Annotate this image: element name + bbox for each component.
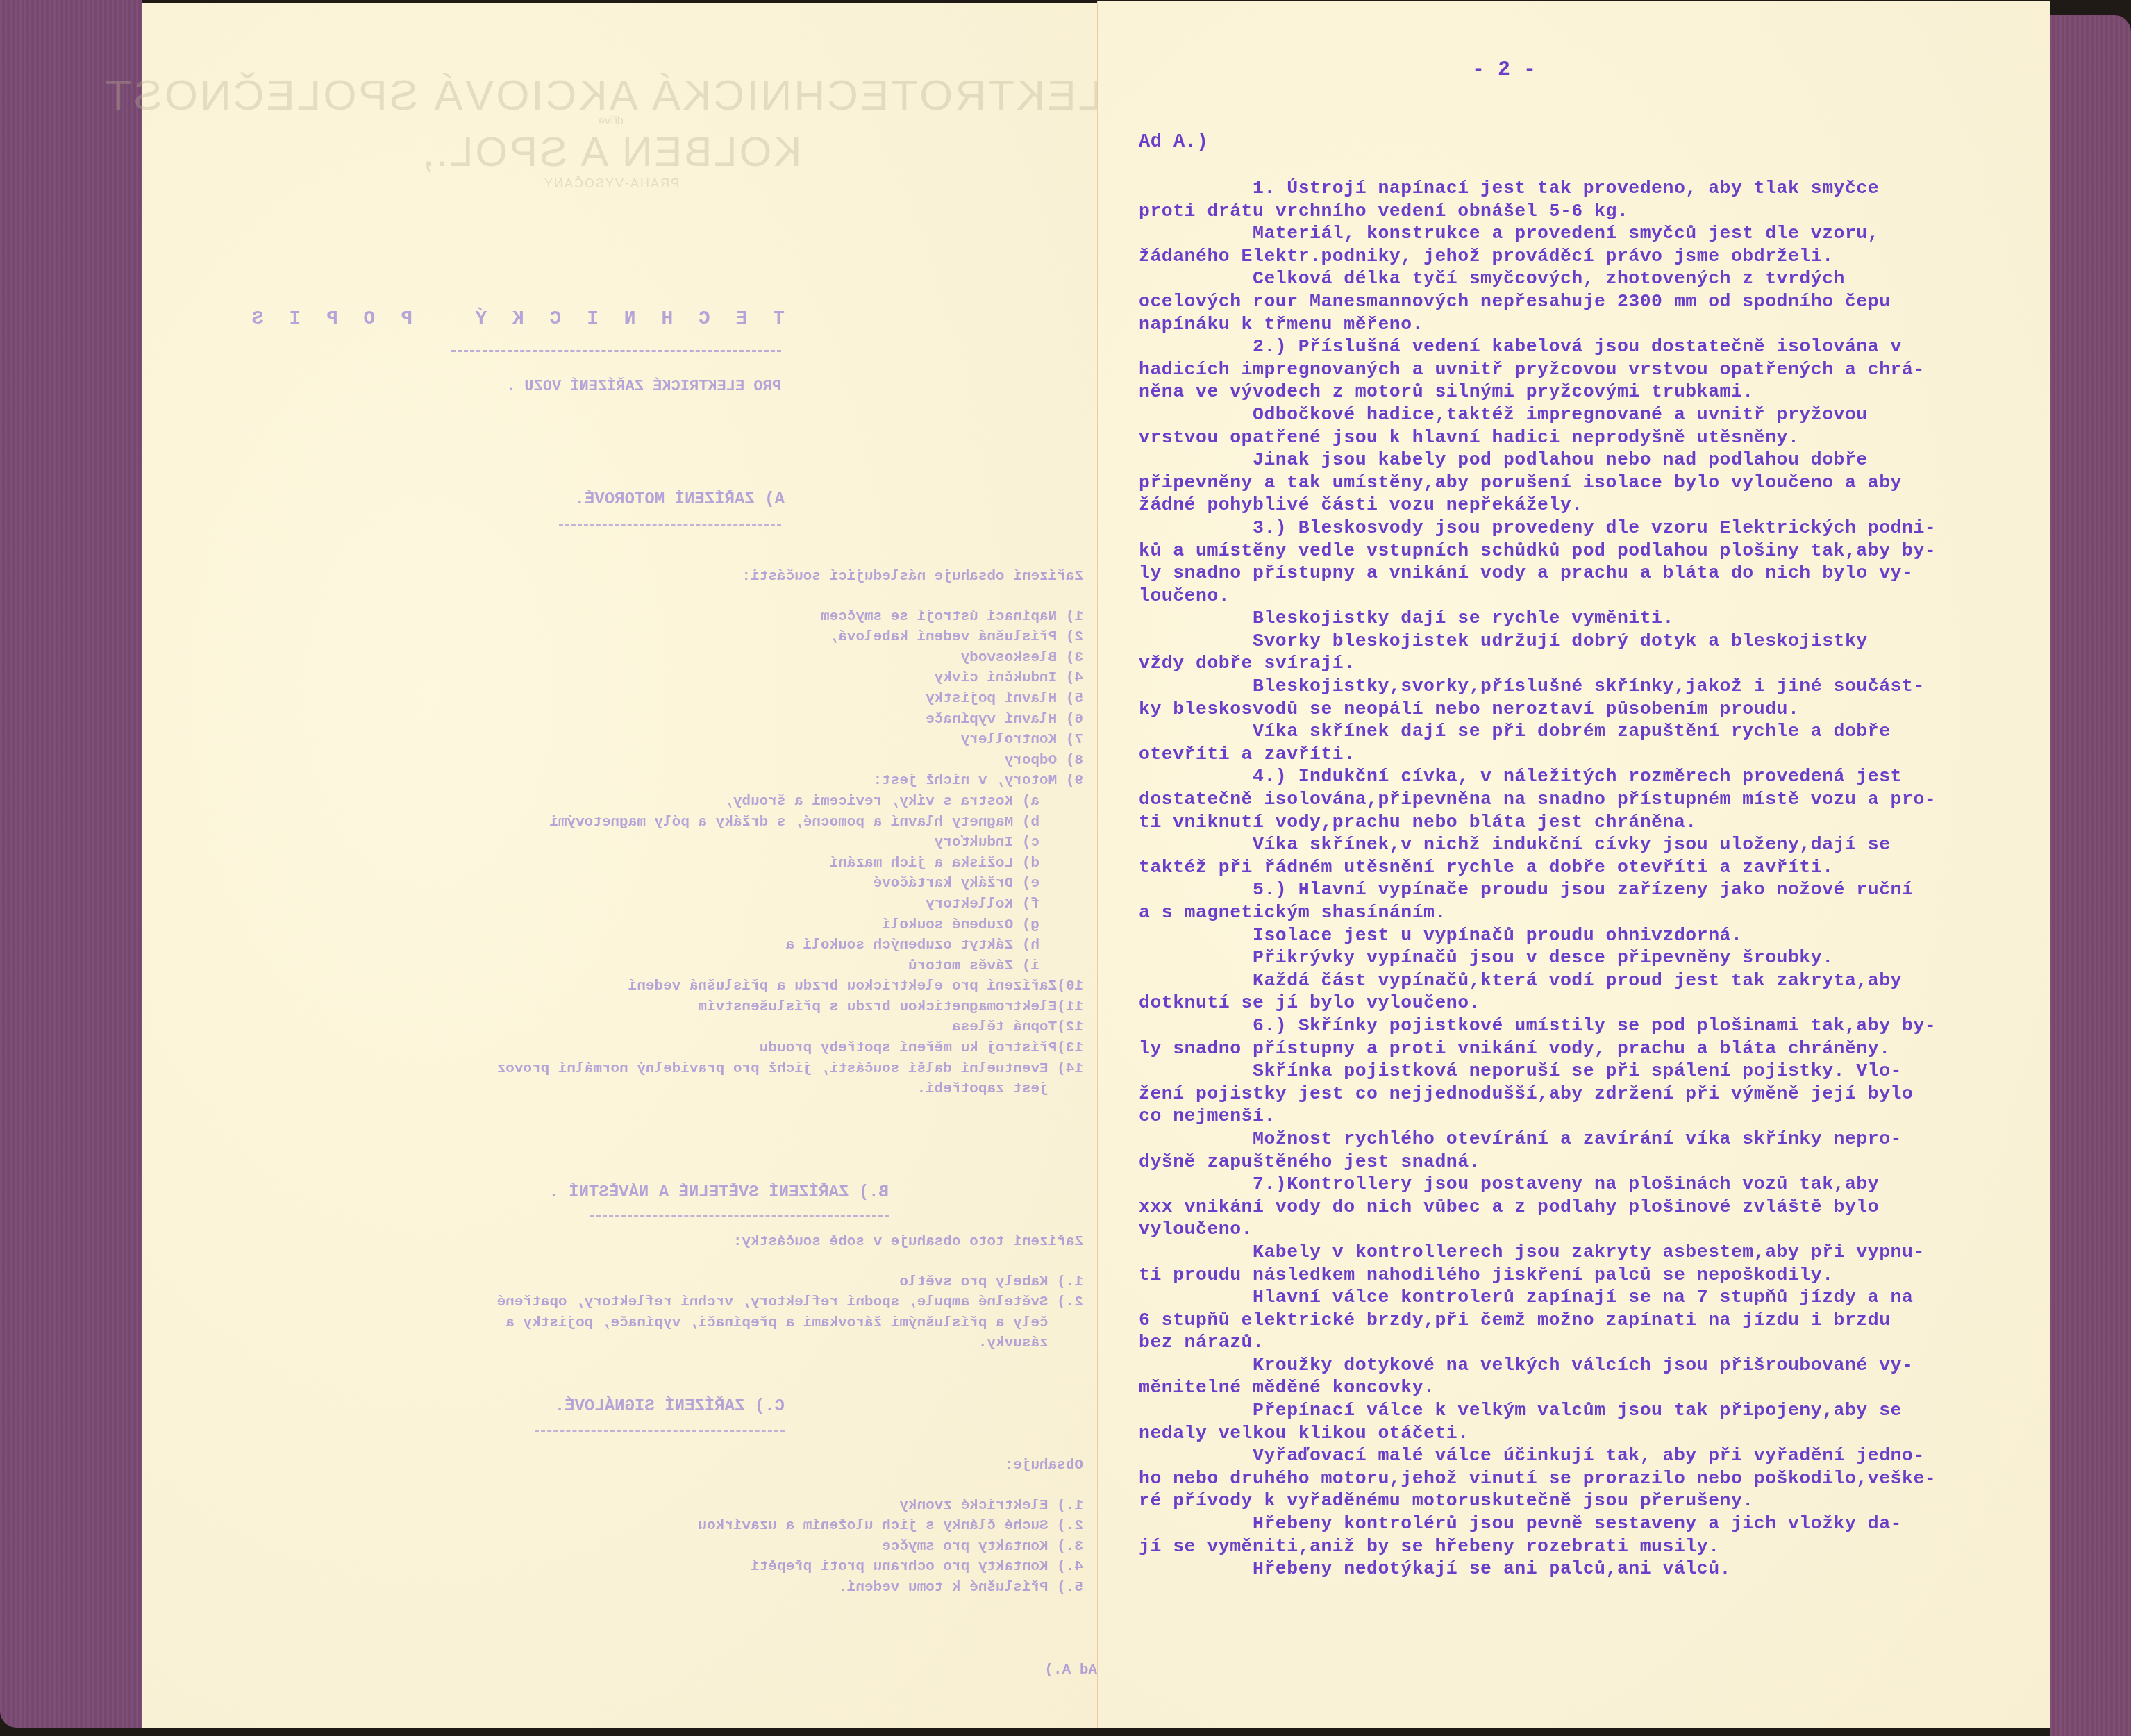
text-line: ky bleskosvodů se neopálí nebo neroztaví… xyxy=(1139,698,2048,721)
list-item: b) Magnety hlavní a pomocné, s držáky a … xyxy=(497,812,1083,833)
list-item: 3.) Kontakty pro smyčce xyxy=(699,1537,1084,1558)
text-line: Přikrývky vypínačů jsou v desce připevně… xyxy=(1139,946,2048,969)
book-cover-right xyxy=(2050,15,2131,1736)
text-line: vyloučeno. xyxy=(1139,1218,2048,1241)
right-page: - 2 - Ad A.) 1. Ústrojí napínací jest ta… xyxy=(1097,1,2050,1728)
list-item: d) Ložiska a jich mazání xyxy=(497,853,1083,874)
book-cover-left xyxy=(0,0,142,1728)
list-item: 4) Indukční cívky xyxy=(497,668,1083,689)
text-line: Celková délka tyčí smyčcových, zhotovený… xyxy=(1139,267,2048,290)
text-line: napínáku k třmenu měřeno. xyxy=(1139,313,2048,336)
text-line: ré přívody k vyřaděnému motoruskutečně j… xyxy=(1139,1489,2048,1512)
section-a-underline xyxy=(559,524,781,526)
text-line: 6.) Skřínky pojistkové umístily se pod p… xyxy=(1139,1015,2048,1037)
text-line: žení pojistky jest co nejjednodušší,aby … xyxy=(1139,1083,2048,1105)
text-line: měnitelné měděné koncovky. xyxy=(1139,1376,2048,1399)
title-underline xyxy=(451,350,781,352)
letterhead-formerly: dříve xyxy=(125,115,1097,128)
list-item: 7) Kontrollery xyxy=(497,730,1083,751)
page-number: - 2 - xyxy=(1472,58,1537,82)
text-line: nedaly velkou klikou otáčeti. xyxy=(1139,1422,2048,1445)
list-item: h) Záktyt ozubených soukolí a xyxy=(497,935,1083,956)
list-item: a) Kostra s víky, revicemi a šrouby, xyxy=(497,792,1083,812)
list-item: 8) Odpory xyxy=(497,751,1083,771)
text-line: ho nebo druhého motoru,jehož vinutí se p… xyxy=(1139,1467,2048,1490)
typed-body-text: 1. Ústrojí napínací jest tak provedeno, … xyxy=(1139,177,2048,1580)
list-item: c) Indukťory xyxy=(497,833,1083,853)
list-item: i) Závěs motorů xyxy=(497,956,1083,977)
list-item: 2.) Suché články s jich uložením a uzaví… xyxy=(699,1516,1084,1537)
text-line: proti drátu vrchního vedení obnášel 5-6 … xyxy=(1139,200,2048,223)
text-line: Víka skřínek,v nichž indukční cívky jsou… xyxy=(1139,833,2048,856)
text-line: dotknutí se jí bylo vyloučeno. xyxy=(1139,992,2048,1015)
section-reference-heading: Ad A.) xyxy=(1139,132,1208,153)
text-line: 3.) Bleskosvody jsou provedeny dle vzoru… xyxy=(1139,517,2048,540)
text-line: 2.) Příslušná vedení kabelová jsou dosta… xyxy=(1139,335,2048,358)
text-line: jí se vyměniti,aniž by se hřebeny rozebr… xyxy=(1139,1535,2048,1558)
text-line: Bleskojistky dají se rychle vyměniti. xyxy=(1139,607,2048,630)
document-title: T E C H N I C K Ý P O P I S xyxy=(245,308,785,330)
document-subtitle: PRO ELEKTRICKÉ ZAŘÍZENÍ VOZU . xyxy=(506,378,781,395)
section-c-underline xyxy=(535,1430,785,1432)
text-line: Hřebeny nedotýkají se ani palců,ani válc… xyxy=(1139,1558,2048,1580)
text-line: žádaného Elektr.podniky, jehož prováděcí… xyxy=(1139,245,2048,268)
text-line: Bleskojistky,svorky,příslušné skřínky,ja… xyxy=(1139,675,2048,698)
text-line: taktéž při řádném utěsnění rychle a dobř… xyxy=(1139,856,2048,879)
section-c-list: Obsahuje:1.) Elektrické zvonky2.) Suché … xyxy=(699,1455,1084,1599)
text-line: připevněny a tak umístěny,aby porušení i… xyxy=(1139,471,2048,494)
text-line: Jinak jsou kabely pod podlahou nebo nad … xyxy=(1139,449,2048,471)
text-line: Kroužky dotykové na velkých válcích jsou… xyxy=(1139,1354,2048,1377)
text-line: dostatečně isolována,připevněna na snadn… xyxy=(1139,788,2048,811)
text-line: hadicích impregnovaných a uvnitř pryžcov… xyxy=(1139,358,2048,381)
left-page: ELEKTROTECHNICKÁ AKCIOVÁ SPOLEČNOST dřív… xyxy=(142,3,1097,1728)
text-line: xxx vnikání vody do nich vůbec a z podla… xyxy=(1139,1196,2048,1219)
text-line: Kabely v kontrollerech jsou zakryty asbe… xyxy=(1139,1241,2048,1264)
list-item: g) Ozubené soukolí xyxy=(497,915,1083,936)
list-item: 5) Hlavní pojistky xyxy=(497,689,1083,710)
text-line: vždy dobře svírají. xyxy=(1139,652,2048,675)
list-item: 1.) Elektrické zvonky xyxy=(699,1496,1084,1517)
section-b-list: Zařízení toto obsahuje v sobě součástky:… xyxy=(497,1232,1083,1354)
list-item: 3) Bleskosvody xyxy=(497,648,1083,669)
text-line: Hřebeny kontrolérů jsou pevně sestaveny … xyxy=(1139,1512,2048,1535)
section-a-list: Zařízení obsahuje následující součásti:1… xyxy=(497,567,1083,1100)
list-item: zásuvky. xyxy=(497,1333,1083,1354)
text-line: vrstvou opatřené jsou k hlavní hadici ne… xyxy=(1139,426,2048,449)
text-line: bez nárazů. xyxy=(1139,1331,2048,1354)
text-line: Materiál, konstrukce a provedení smyčců … xyxy=(1139,222,2048,245)
text-line: ti vniknutí vody,prachu nebo bláta jest … xyxy=(1139,811,2048,834)
text-line: 4.) Indukční cívka, v náležitých rozměre… xyxy=(1139,765,2048,788)
list-item: čely a příslušnými žárovkami a přepínači… xyxy=(497,1313,1083,1334)
text-line: Odbočkové hadice,taktéž impregnované a u… xyxy=(1139,403,2048,426)
text-line: něna ve vývodech z motorů silnými pryžco… xyxy=(1139,381,2048,403)
list-item: 4.) Kontakty pro ochranu proti přepětí xyxy=(699,1557,1084,1578)
text-line: 1. Ústrojí napínací jest tak provedeno, … xyxy=(1139,177,2048,200)
text-line: Hlavní válce kontrolerů zapínají se na 7… xyxy=(1139,1286,2048,1309)
list-item: 5.) Příslušné k tomu vedení. xyxy=(699,1578,1084,1599)
list-item: jest zapotřebí. xyxy=(497,1079,1083,1100)
section-intro: Zařízení obsahuje následující součásti: xyxy=(497,567,1083,587)
text-line: 5.) Hlavní vypínače proudu jsou zařízeny… xyxy=(1139,878,2048,901)
list-item: 2) Příslušná vedení kabelová, xyxy=(497,627,1083,648)
text-line: Skřínka pojistková neporuší se při spále… xyxy=(1139,1060,2048,1083)
text-line: ly snadno přístupny a vnikání vody a pra… xyxy=(1139,562,2048,585)
list-item: 12)Topná tělesa xyxy=(497,1017,1083,1038)
list-item: 1.) Kabely pro světlo xyxy=(497,1272,1083,1293)
list-item: 10)Zařízení pro elektrickou brzdu a přís… xyxy=(497,976,1083,997)
text-line: Svorky bleskojistek udržují dobrý dotyk … xyxy=(1139,630,2048,653)
section-intro: Obsahuje: xyxy=(699,1455,1084,1476)
list-item: e) Držáky kartáčové xyxy=(497,874,1083,894)
section-a-heading: A) ZAŘÍZENÍ MOTOROVÉ. xyxy=(575,490,785,509)
text-line: Isolace jest u vypínačů proudu ohnivzdor… xyxy=(1139,924,2048,947)
list-item: 6) Hlavní vypínače xyxy=(497,710,1083,731)
text-line: žádné pohyblivé části vozu nepřekážely. xyxy=(1139,494,2048,517)
list-item: 9) Motory, v nichž jest: xyxy=(497,771,1083,792)
letterhead-city: PRAHA-VYSOČANY xyxy=(125,176,1097,191)
list-item: 14) Eventuelní další součásti, jichž pro… xyxy=(497,1059,1083,1080)
section-intro: Zařízení toto obsahuje v sobě součástky: xyxy=(497,1232,1083,1253)
text-line: ocelových rour Manesmannových nepřesahuj… xyxy=(1139,290,2048,313)
text-line: Každá část vypínačů,která vodí proud jes… xyxy=(1139,969,2048,992)
letterhead-name: KOLBEN A SPOL., xyxy=(125,128,1097,176)
section-b-underline xyxy=(590,1215,889,1217)
text-line: ly snadno přístupny a proti vnikání vody… xyxy=(1139,1037,2048,1060)
list-item: 13)Přístroj ku měření spotřeby proudu xyxy=(497,1038,1083,1059)
list-item: 2.) Světelné ampule, spodní reflektory, … xyxy=(497,1292,1083,1313)
text-line: loučeno. xyxy=(1139,585,2048,608)
text-line: ků a umístěny vedle vstupních schůdků po… xyxy=(1139,540,2048,562)
text-line: tí proudu následkem nahodilého jiskření … xyxy=(1139,1264,2048,1287)
text-line: co nejmenší. xyxy=(1139,1105,2048,1128)
text-line: 6 stupňů elektrické brzdy,při čemž možno… xyxy=(1139,1309,2048,1332)
section-c-heading: C.) ZAŘÍZENÍ SIGNÁLOVÉ. xyxy=(555,1397,785,1416)
text-line: Možnost rychlého otevírání a zavírání ví… xyxy=(1139,1128,2048,1151)
text-line: Přepínací válce k velkým valcům jsou tak… xyxy=(1139,1399,2048,1422)
text-line: 7.)Kontrollery jsou postaveny na plošiná… xyxy=(1139,1173,2048,1196)
text-line: Víka skřínek dají se při dobrém zapuštěn… xyxy=(1139,720,2048,743)
text-line: Vyřaďovací malé válce účinkují tak, aby … xyxy=(1139,1444,2048,1467)
list-item: 1) Napínací ústrojí se smyčcem xyxy=(497,607,1083,628)
text-line: otevříti a zavříti. xyxy=(1139,743,2048,766)
list-item: 11)Elektromagnetickou brzdu s příslušens… xyxy=(497,997,1083,1018)
letterhead-company: ELEKTROTECHNICKÁ AKCIOVÁ SPOLEČNOST xyxy=(97,71,1139,120)
text-line: a s magnetickým shasínáním. xyxy=(1139,901,2048,924)
list-item: f) Kollektory xyxy=(497,894,1083,915)
text-line: dyšně zapuštěného jest snadná. xyxy=(1139,1151,2048,1174)
bleed-through-layer: ELEKTROTECHNICKÁ AKCIOVÁ SPOLEČNOST dřív… xyxy=(142,3,1097,1728)
section-b-heading: B.) ZAŘÍZENÍ SVĚTELNÉ A NÁVĚSTNÍ . xyxy=(549,1183,889,1202)
left-page-footer: Ad A.) xyxy=(1044,1662,1097,1678)
